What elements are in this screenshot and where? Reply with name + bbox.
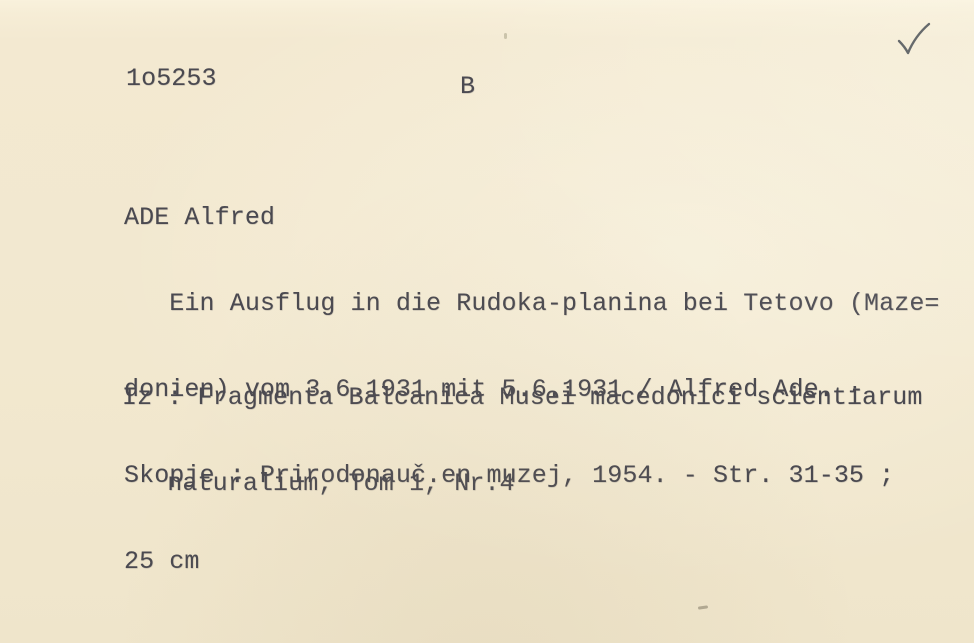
source-note-line: Iz : Fragmenta Balcanica Musei macedonic… <box>122 384 922 412</box>
paper-speck <box>504 33 507 39</box>
catalog-card: 1o5253 B ADE Alfred Ein Ausflug in die R… <box>0 0 974 643</box>
call-number: 1o5253 <box>126 64 217 93</box>
source-note: Iz : Fragmenta Balcanica Musei macedonic… <box>122 326 922 556</box>
entry-heading: ADE Alfred <box>124 204 940 232</box>
entry-line: Ein Ausflug in die Rudoka-planina bei Te… <box>124 290 940 318</box>
source-note-line: naturalium, Tom 1, Nr.4 <box>122 470 922 498</box>
checkmark-icon <box>893 20 937 62</box>
section-letter: B <box>460 72 475 101</box>
